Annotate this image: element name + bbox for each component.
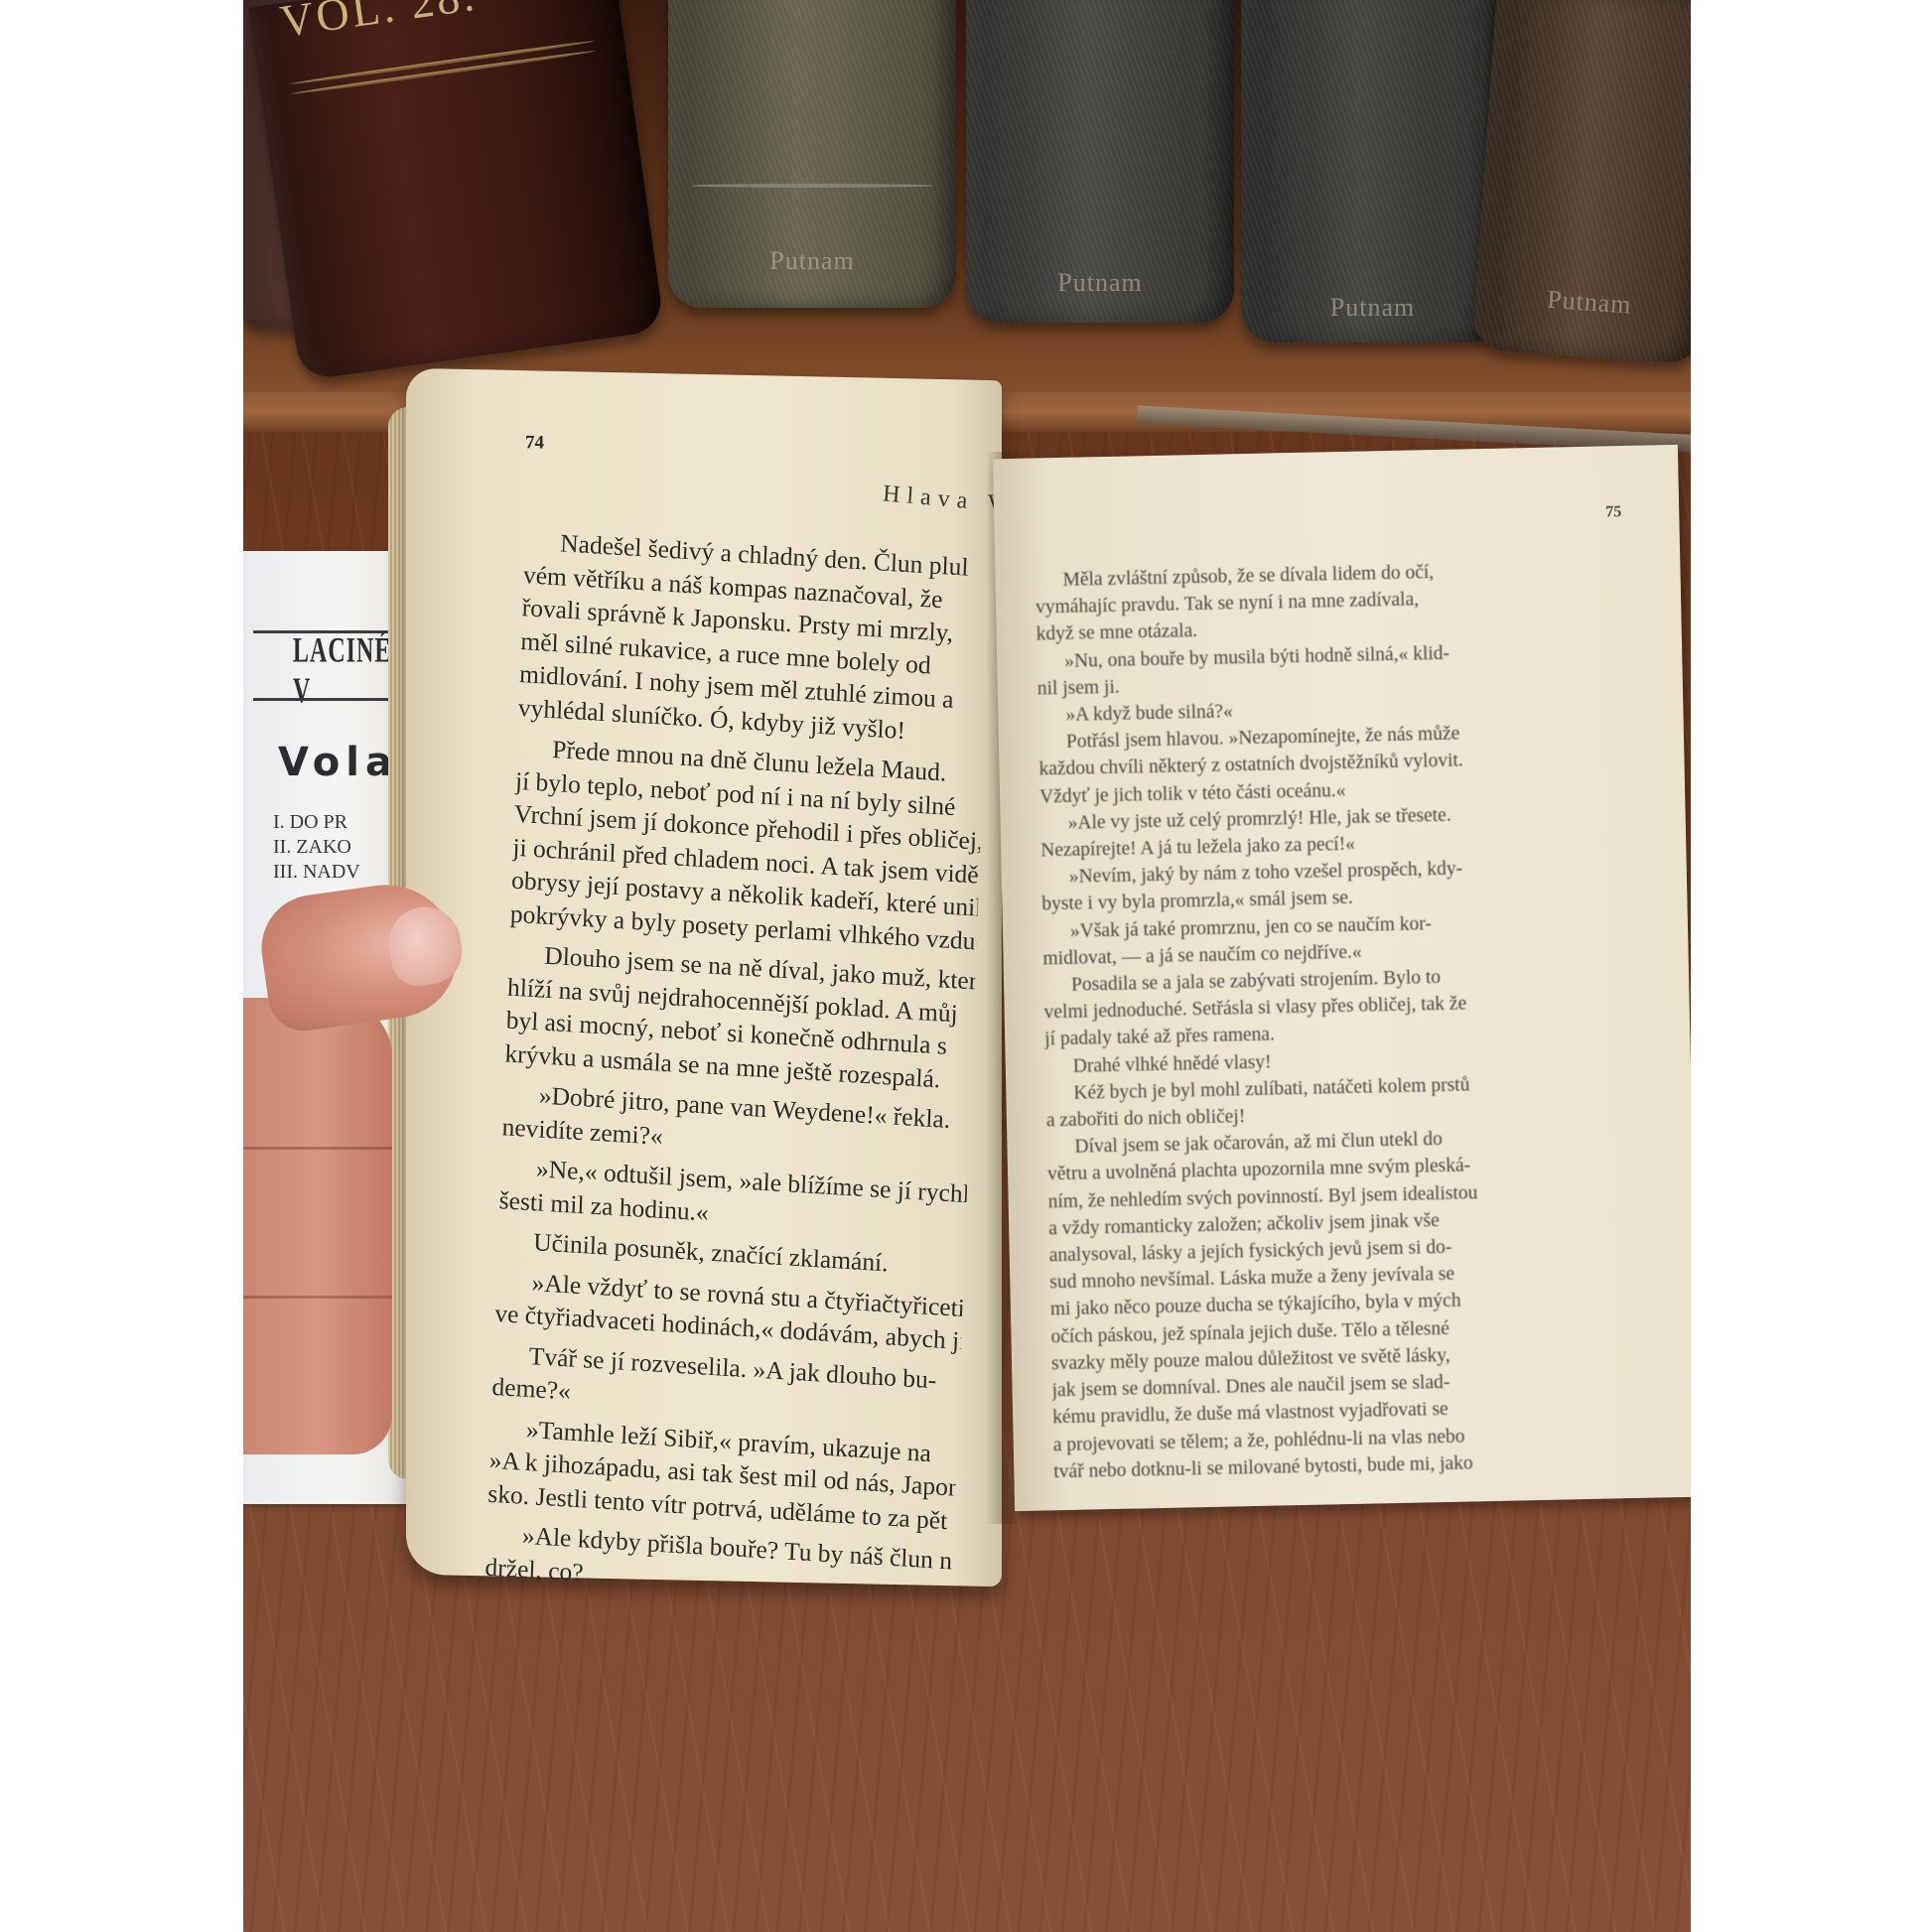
leaflet-toc-item: II. ZAKO xyxy=(273,836,351,859)
gilt-line xyxy=(289,39,595,85)
page-number-right: 75 xyxy=(1605,503,1621,521)
spine-label-putnam: Putnam xyxy=(966,268,1234,298)
spine-label-putnam: Putnam xyxy=(1474,280,1691,326)
left-page: 74 Hlava VIII. Nadešel šedivý a chladný … xyxy=(406,368,1002,1587)
page-number-left: 74 xyxy=(525,432,544,454)
shelf-book-vol28: VOL. 28. xyxy=(248,0,664,381)
fingers xyxy=(243,998,392,1454)
open-book: 74 Hlava VIII. Nadešel šedivý a chladný … xyxy=(392,352,1691,1593)
shelf-book-putnam-3: Putnam xyxy=(1241,0,1504,343)
finger-crease xyxy=(243,1296,392,1299)
right-page: 75 Měla zvláštní způsob, že se dívala li… xyxy=(993,445,1691,1511)
hand xyxy=(243,889,407,1484)
blind-line xyxy=(691,184,933,188)
spine-label-putnam: Putnam xyxy=(668,246,956,276)
shelf-book-putnam-2: Putnam xyxy=(966,0,1234,323)
spine-label-putnam: Putnam xyxy=(1241,293,1504,323)
spine-label-vol: VOL. 28. xyxy=(277,0,480,48)
photo: VOL. 28. Putnam Putnam Putnam Putnam LAC… xyxy=(243,0,1691,1932)
finger-crease xyxy=(243,1147,392,1150)
leaflet-title: Vola xyxy=(278,740,398,785)
right-page-text: Měla zvláštní způsob, že se dívala lidem… xyxy=(1035,555,1659,1485)
left-page-text: Nadešel šedivý a chladný den. Člun plulv… xyxy=(484,524,992,1610)
leaflet-toc-item: I. DO PR xyxy=(273,811,347,834)
gilt-line xyxy=(290,49,596,95)
shelf-book-putnam-4: Putnam xyxy=(1471,0,1691,365)
shelf-book-putnam-1: Putnam xyxy=(668,0,956,308)
leaflet-toc-item: III. NADV xyxy=(273,861,360,884)
